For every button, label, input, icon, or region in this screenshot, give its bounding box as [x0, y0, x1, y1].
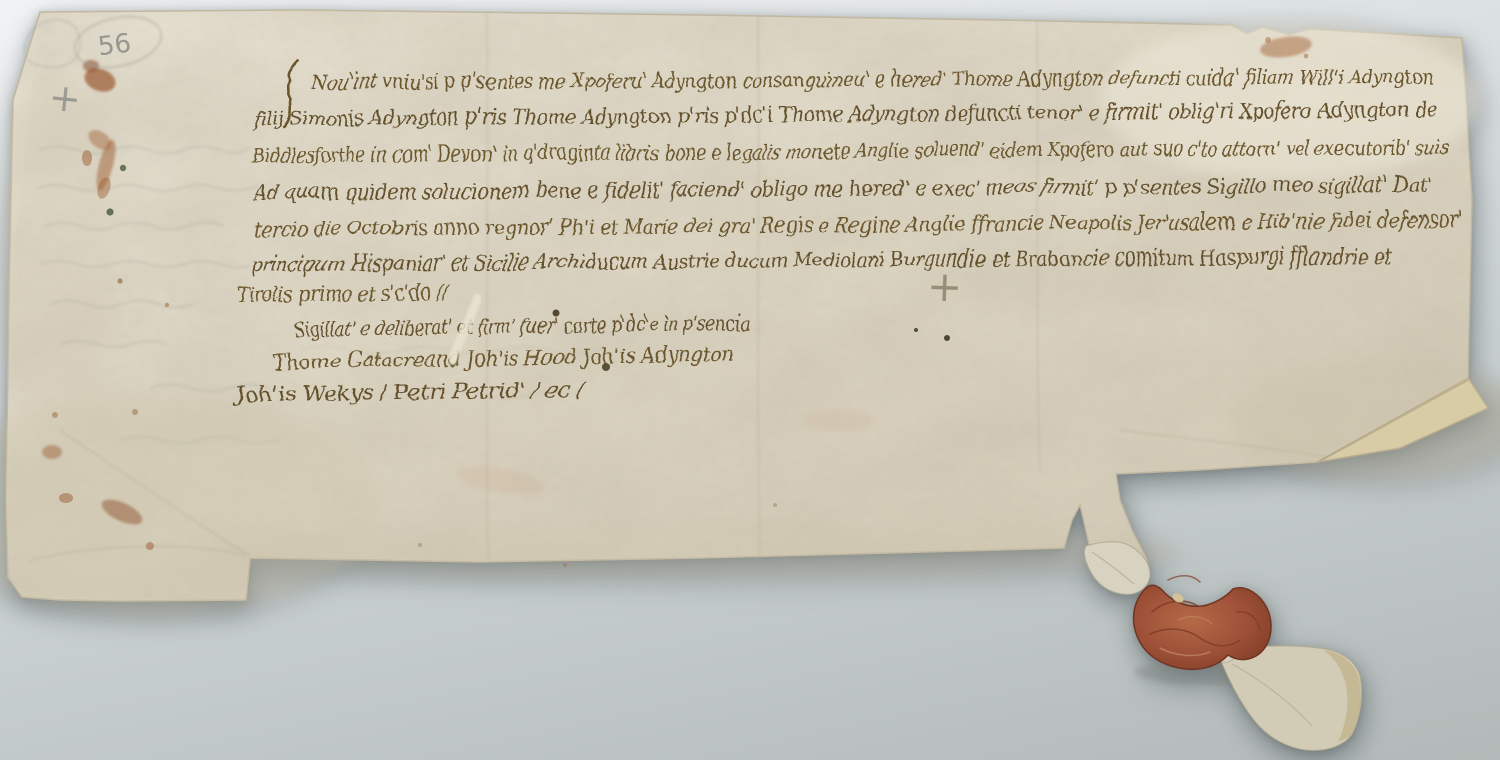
pencil-archival-number: 56 [96, 29, 133, 63]
deed-photo: Nou'int vniu'si p p'sentes me Xpoferu' A… [0, 0, 1500, 760]
seal-assembly [1084, 542, 1361, 751]
cross-mark-center: + [926, 261, 963, 311]
parchment-document: Nou'int vniu'si p p'sentes me Xpoferu' A… [0, 9, 1500, 750]
deed-line-7: Tirolis primo et s'c'do // [235, 279, 449, 305]
pencil-cross-top-left: + [47, 75, 83, 122]
shading-bottom-strip [220, 524, 1180, 580]
photograph-background: Nou'int vniu'si p p'sentes me Xpoferu' A… [0, 0, 1500, 760]
seal-wax [1134, 585, 1271, 669]
